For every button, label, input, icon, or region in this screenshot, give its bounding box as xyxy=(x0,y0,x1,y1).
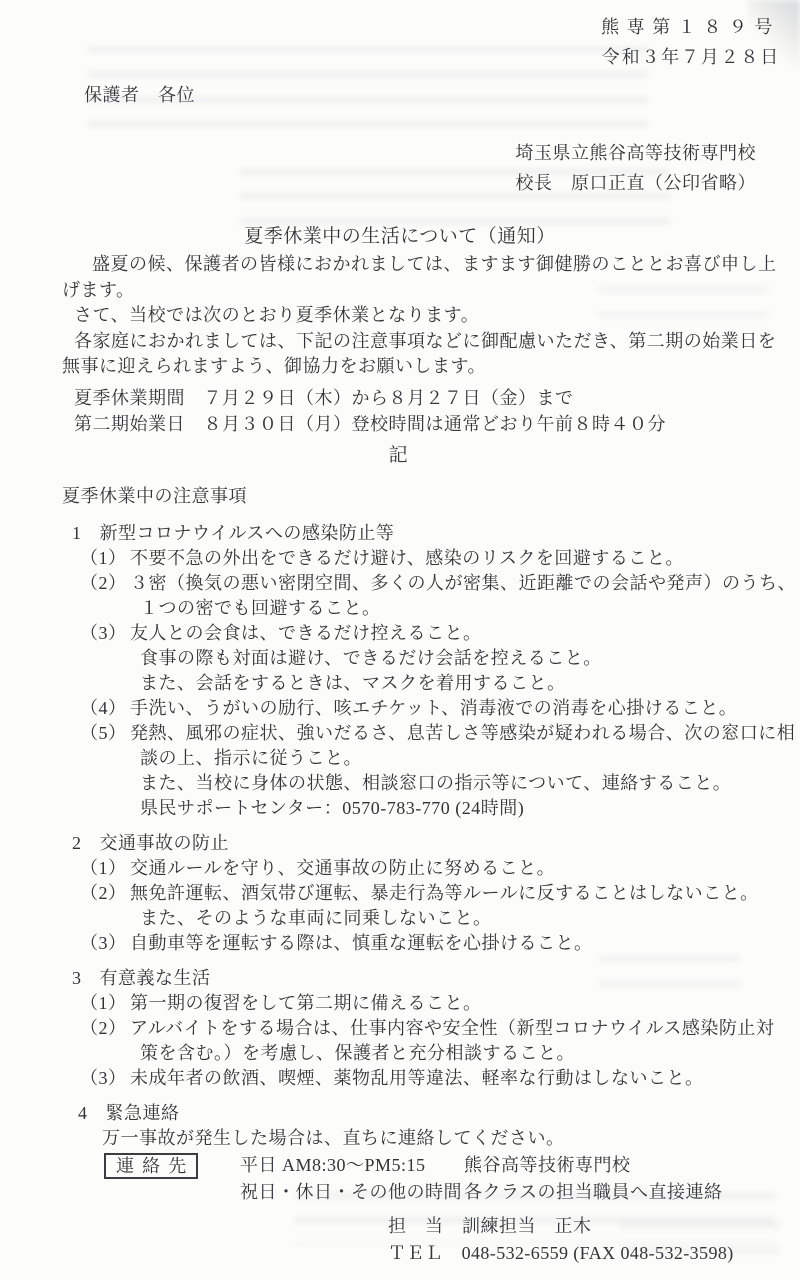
section-number: 1 xyxy=(72,523,82,543)
doc-number: 熊専第１８９号 xyxy=(0,12,780,42)
record-mark: 記 xyxy=(0,443,800,469)
sender-org: 埼玉県立熊谷高等技術専門校 xyxy=(516,138,757,168)
notice-line: （1）第一期の復習をして第二期に備えること。 xyxy=(62,991,800,1016)
notes-heading: 夏季休業中の注意事項 xyxy=(0,483,800,509)
item-number: （2） xyxy=(80,881,130,906)
item-number: （3） xyxy=(80,931,130,956)
section-lines: （1）第一期の復習をして第二期に備えること。（2）アルバイトをする場合は、仕事内… xyxy=(62,991,800,1091)
emergency-section: 4緊急連絡 万一事故が発生した場合は、直ちに連絡してください。 連絡先 平日 A… xyxy=(0,1101,800,1205)
notice-line: （1）不要不急の外出をできるだけ避け、感染のリスクを回避すること。 xyxy=(62,546,800,571)
emergency-intro: 万一事故が発生した場合は、直ちに連絡してください。 xyxy=(62,1126,800,1151)
item-text: 交通ルールを守り、交通事故の防止に努めること。 xyxy=(130,856,555,881)
item-text: 県民サポートセンター：0570-783-770 (24時間) xyxy=(140,796,524,821)
footer-tel: ＴＥＬ 048-532-6559 (FAX 048-532-3598) xyxy=(388,1240,800,1267)
section-heading: 4緊急連絡 xyxy=(62,1101,800,1126)
intro-line: 各家庭におかれましては、下記の注意事項などに御配慮いただき、第二期の始業日を xyxy=(62,329,800,355)
item-number: （1） xyxy=(80,856,130,881)
item-text: また、会話をするときは、マスクを着用すること。 xyxy=(140,671,566,696)
item-number: （2） xyxy=(80,571,130,596)
schedule-block: 夏季休業期間 ７月２９日（木）から８月２７日（金）まで 第二期始業日 ８月３０日… xyxy=(0,385,800,437)
section-heading: 3有意義な生活 xyxy=(62,966,800,991)
notice-line: 県民サポートセンター：0570-783-770 (24時間) xyxy=(62,796,800,821)
notice-line: （2）アルバイトをする場合は、仕事内容や安全性（新型コロナウイルス感染防止対 xyxy=(62,1016,800,1041)
item-text: 未成年者の飲酒、喫煙、薬物乱用等違法、軽率な行動はしないこと。 xyxy=(130,1066,704,1091)
item-number: （3） xyxy=(80,621,130,646)
item-number: （5） xyxy=(80,721,130,746)
schedule-period: 夏季休業期間 ７月２９日（木）から８月２７日（金）まで xyxy=(62,385,800,411)
item-text: また、そのような車両に同乗しないこと。 xyxy=(140,906,492,931)
intro-line: さて、当校では次のとおり夏季休業となります。 xyxy=(62,303,800,329)
notice-line: （3）未成年者の飲酒、喫煙、薬物乱用等違法、軽率な行動はしないこと。 xyxy=(62,1066,800,1091)
notice-line: １つの密でも回避すること。 xyxy=(62,596,800,621)
doc-date: 令和３年７月２８日 xyxy=(0,42,780,72)
notice-section: 3有意義な生活 （1）第一期の復習をして第二期に備えること。（2）アルバイトをす… xyxy=(62,966,800,1091)
item-text: 談の上、指示に従うこと。 xyxy=(140,746,362,771)
item-text: １つの密でも回避すること。 xyxy=(140,596,381,621)
item-text: 第一期の復習をして第二期に備えること。 xyxy=(130,991,482,1016)
section-title: 緊急連絡 xyxy=(106,1103,180,1123)
item-text: また、当校に身体の状態、相談窓口の指示等について、連絡すること。 xyxy=(140,771,731,796)
section-number: 3 xyxy=(72,968,82,988)
item-number: （1） xyxy=(80,991,130,1016)
holiday-hours: 祝日・休日・その他の時間 xyxy=(240,1180,464,1205)
section-title: 交通事故の防止 xyxy=(100,833,230,853)
section-title: 有意義な生活 xyxy=(100,968,211,988)
item-number: （2） xyxy=(80,1016,130,1041)
notice-line: また、そのような車両に同乗しないこと。 xyxy=(62,906,800,931)
notice-line: （3）自動車等を運転する際は、慎重な運転を心掛けること。 xyxy=(62,931,800,956)
notice-line: （5）発熱、風邪の症状、強いだるさ、息苦しさ等感染が疑われる場合、次の窓口に相 xyxy=(62,721,800,746)
contact-label-box: 連絡先 xyxy=(104,1153,198,1179)
emergency-contact-table: 連絡先 平日 AM8:30～PM5:15 熊谷高等技術専門校 祝日・休日・その他… xyxy=(104,1153,800,1205)
notice-title: 夏季休業中の生活について（通知） xyxy=(0,224,800,250)
notice-sections: 1新型コロナウイルスへの感染防止等 （1）不要不急の外出をできるだけ避け、感染の… xyxy=(0,521,800,1091)
notice-section: 1新型コロナウイルスへの感染防止等 （1）不要不急の外出をできるだけ避け、感染の… xyxy=(62,521,800,821)
item-number: （1） xyxy=(80,546,130,571)
notice-line: 策を含む。）を考慮し、保護者と充分相談すること。 xyxy=(62,1041,800,1066)
item-text: 食事の際も対面は避け、できるだけ会話を控えること。 xyxy=(140,646,602,671)
notice-line: （3）友人との会食は、できるだけ控えること。 xyxy=(62,621,800,646)
section-number: 2 xyxy=(72,833,82,853)
weekday-hours: 平日 AM8:30～PM5:15 xyxy=(240,1153,464,1178)
intro-line: げます。 xyxy=(62,278,800,304)
item-text: 無免許運転、酒気帯び運転、暴走行為等ルールに反することはしないこと。 xyxy=(130,881,759,906)
notice-line: （1）交通ルールを守り、交通事故の防止に努めること。 xyxy=(62,856,800,881)
item-text: 友人との会食は、できるだけ控えること。 xyxy=(130,621,482,646)
item-text: 策を含む。）を考慮し、保護者と充分相談すること。 xyxy=(140,1041,575,1066)
section-lines: （1）交通ルールを守り、交通事故の防止に努めること。（2）無免許運転、酒気帯び運… xyxy=(62,856,800,956)
notice-line: また、当校に身体の状態、相談窓口の指示等について、連絡すること。 xyxy=(62,771,800,796)
item-text: 手洗い、うがいの励行、咳エチケット、消毒液での消毒を心掛けること。 xyxy=(130,696,737,721)
item-number: （4） xyxy=(80,696,130,721)
notice-line: 食事の際も対面は避け、できるだけ会話を控えること。 xyxy=(62,646,800,671)
holiday-contact: 各クラスの担当職員へ直接連絡 xyxy=(464,1180,800,1205)
recipient: 保護者 各位 xyxy=(0,82,800,108)
item-text: ３密（換気の悪い密閉空間、多くの人が密集、近距離での会話や発声）のうち、 xyxy=(130,571,796,596)
notice-line: （2）３密（換気の悪い密閉空間、多くの人が密集、近距離での会話や発声）のうち、 xyxy=(62,571,800,596)
sender-block: 埼玉県立熊谷高等技術専門校 校長 原口正直（公印省略） xyxy=(516,138,757,198)
schedule-restart: 第二期始業日 ８月３０日（月）登校時間は通常どおり午前８時４０分 xyxy=(62,411,800,437)
item-number: （3） xyxy=(80,1066,130,1091)
footer-contact: 担 当 訓練担当 正木 ＴＥＬ 048-532-6559 (FAX 048-53… xyxy=(0,1213,800,1267)
intro-line: 盛夏の候、保護者の皆様におかれましては、ますます御健勝のこととお喜び申し上 xyxy=(62,252,800,278)
sender-signer: 校長 原口正直（公印省略） xyxy=(516,168,757,198)
notice-line: また、会話をするときは、マスクを着用すること。 xyxy=(62,671,800,696)
item-text: 不要不急の外出をできるだけ避け、感染のリスクを回避すること。 xyxy=(130,546,684,571)
notice-line: （4）手洗い、うがいの励行、咳エチケット、消毒液での消毒を心掛けること。 xyxy=(62,696,800,721)
item-text: アルバイトをする場合は、仕事内容や安全性（新型コロナウイルス感染防止対 xyxy=(130,1016,774,1041)
section-lines: （1）不要不急の外出をできるだけ避け、感染のリスクを回避すること。（2）３密（換… xyxy=(62,546,800,821)
scanned-notice-page: 熊専第１８９号 令和３年７月２８日 保護者 各位 埼玉県立熊谷高等技術専門校 校… xyxy=(0,0,800,1280)
intro-line: 無事に迎えられますよう、御協力をお願いします。 xyxy=(62,354,800,380)
notice-line: 談の上、指示に従うこと。 xyxy=(62,746,800,771)
footer-staff: 担 当 訓練担当 正木 xyxy=(388,1213,800,1240)
section-title: 新型コロナウイルスへの感染防止等 xyxy=(100,523,395,543)
notice-line: （2）無免許運転、酒気帯び運転、暴走行為等ルールに反することはしないこと。 xyxy=(62,881,800,906)
weekday-contact: 熊谷高等技術専門校 xyxy=(464,1153,800,1178)
section-number: 4 xyxy=(78,1103,88,1123)
item-text: 発熱、風邪の症状、強いだるさ、息苦しさ等感染が疑われる場合、次の窓口に相 xyxy=(130,721,795,746)
notice-section: 2交通事故の防止 （1）交通ルールを守り、交通事故の防止に努めること。（2）無免… xyxy=(62,831,800,956)
section-heading: 2交通事故の防止 xyxy=(62,831,800,856)
item-text: 自動車等を運転する際は、慎重な運転を心掛けること。 xyxy=(130,931,593,956)
section-heading: 1新型コロナウイルスへの感染防止等 xyxy=(62,521,800,546)
intro-paragraphs: 盛夏の候、保護者の皆様におかれましては、ますます御健勝のこととお喜び申し上 げま… xyxy=(0,252,800,380)
document-header: 熊専第１８９号 令和３年７月２８日 xyxy=(0,0,800,72)
